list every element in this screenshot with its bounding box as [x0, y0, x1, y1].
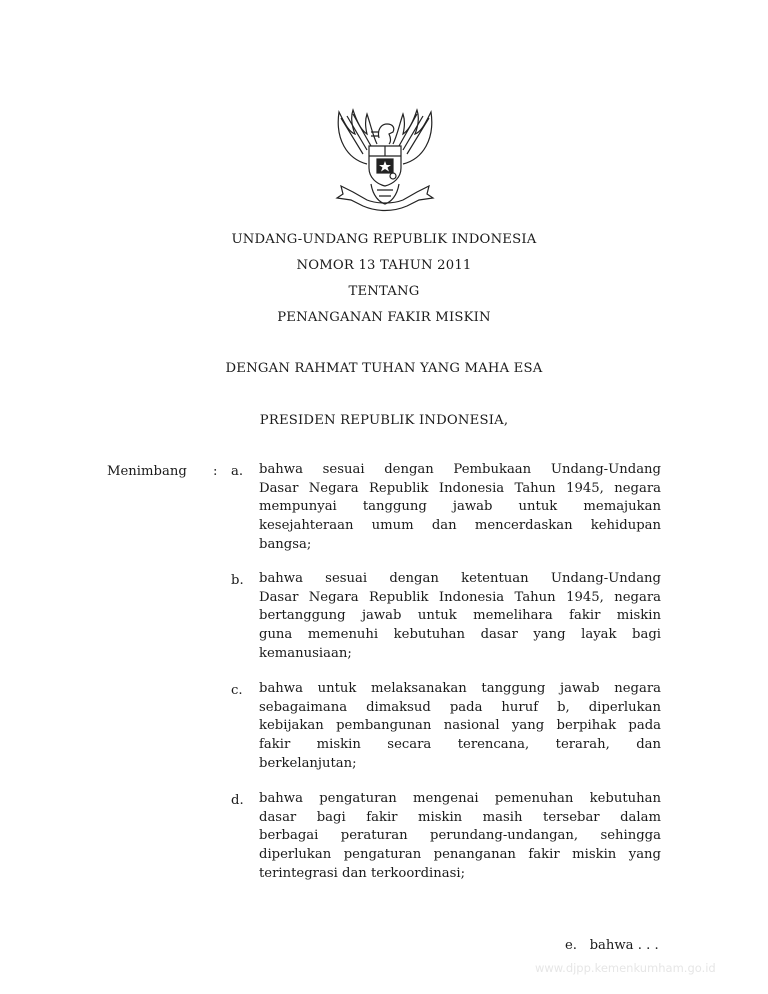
item-line: sebagaimana dimaksud pada huruf b, diper…: [259, 699, 661, 718]
item-line: kebijakan pembangunan nasional yang berp…: [259, 717, 661, 736]
watermark: www.djpp.kemenkumham.go.id: [535, 961, 716, 975]
item-line: diperlukan pengaturan penanganan fakir m…: [259, 846, 661, 865]
item-line: kemanusiaan;: [259, 645, 661, 664]
item-line: dasar bagi fakir miskin masih tersebar d…: [259, 809, 661, 828]
menimbang-label: Menimbang: [107, 464, 187, 479]
item-line: kesejahteraan umum dan mencerdaskan kehi…: [259, 517, 661, 536]
item-letter: d.: [231, 793, 244, 808]
law-subject: PENANGANAN FAKIR MISKIN: [0, 310, 768, 325]
consideration-item: bahwa untuk melaksanakan tanggung jawab …: [259, 680, 661, 774]
consideration-item: bahwa pengaturan mengenai pemenuhan kebu…: [259, 790, 661, 884]
law-about: TENTANG: [0, 284, 768, 299]
item-line: berbagai peraturan perundang-undangan, s…: [259, 827, 661, 846]
item-line: bahwa sesuai dengan Pembukaan Undang-Und…: [259, 461, 661, 480]
authority: PRESIDEN REPUBLIK INDONESIA,: [0, 413, 768, 428]
item-line: bahwa untuk melaksanakan tanggung jawab …: [259, 680, 661, 699]
menimbang-colon: :: [213, 464, 217, 479]
item-line: fakir miskin secara terencana, terarah, …: [259, 736, 661, 755]
law-number: NOMOR 13 TAHUN 2011: [0, 258, 768, 273]
garuda-emblem-icon: [327, 104, 443, 216]
item-letter: a.: [231, 464, 243, 479]
law-title: UNDANG-UNDANG REPUBLIK INDONESIA: [0, 232, 768, 247]
consideration-item: bahwa sesuai dengan Pembukaan Undang-Und…: [259, 461, 661, 555]
item-line: Dasar Negara Republik Indonesia Tahun 19…: [259, 589, 661, 608]
item-line: berkelanjutan;: [259, 755, 661, 774]
page-continuation: e. bahwa . . .: [565, 938, 659, 953]
item-letter: b.: [231, 573, 244, 588]
item-line: bertanggung jawab untuk memelihara fakir…: [259, 607, 661, 626]
invocation: DENGAN RAHMAT TUHAN YANG MAHA ESA: [0, 361, 768, 376]
item-line: terintegrasi dan terkoordinasi;: [259, 865, 661, 884]
item-line: mempunyai tanggung jawab untuk memajukan: [259, 498, 661, 517]
item-letter: c.: [231, 683, 243, 698]
item-line: Dasar Negara Republik Indonesia Tahun 19…: [259, 480, 661, 499]
item-line: bahwa sesuai dengan ketentuan Undang-Und…: [259, 570, 661, 589]
item-line: bangsa;: [259, 536, 661, 555]
consideration-item: bahwa sesuai dengan ketentuan Undang-Und…: [259, 570, 661, 664]
item-line: bahwa pengaturan mengenai pemenuhan kebu…: [259, 790, 661, 809]
item-line: guna memenuhi kebutuhan dasar yang layak…: [259, 626, 661, 645]
